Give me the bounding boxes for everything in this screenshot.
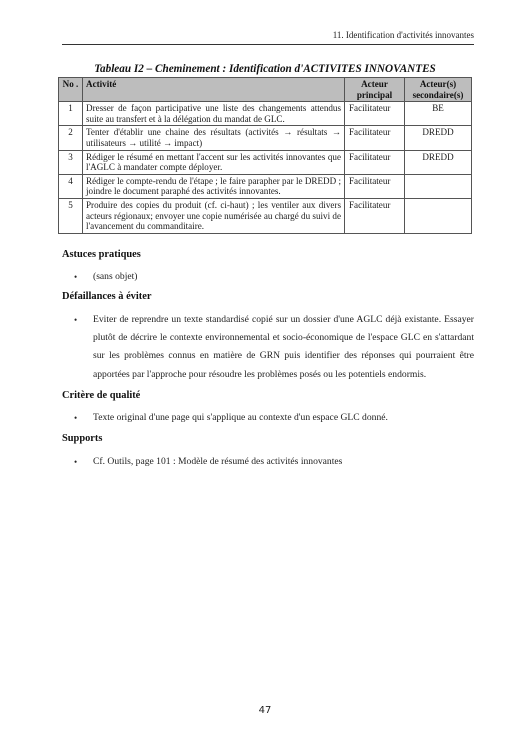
header-main-actor: Acteur principal xyxy=(345,78,405,102)
list-item: •Eviter de reprendre un texte standardis… xyxy=(62,311,474,384)
steps-table: No . Activité Acteur principal Acteur(s)… xyxy=(58,77,472,234)
table-row: 1Dresser de façon participative une list… xyxy=(59,102,472,126)
table-row: 3Rédiger le résumé en mettant l'accent s… xyxy=(59,150,472,174)
cell-main-actor: Facilitateur xyxy=(345,174,405,198)
cell-no: 3 xyxy=(59,150,83,174)
list-item-text: Texte original d'une page qui s'applique… xyxy=(93,412,388,423)
list-item-text: Cf. Outils, page 101 : Modèle de résumé … xyxy=(93,456,342,467)
bullet-list: •Eviter de reprendre un texte standardis… xyxy=(62,311,474,384)
header-secondary-actor: Acteur(s) secondaire(s) xyxy=(405,78,472,102)
bullet-icon: • xyxy=(74,409,77,427)
header-no: No . xyxy=(59,78,83,102)
cell-no: 2 xyxy=(59,126,83,150)
bullet-list: •Cf. Outils, page 101 : Modèle de résumé… xyxy=(62,453,474,471)
cell-activity: Dresser de façon participative une liste… xyxy=(83,102,345,126)
header-activity: Activité xyxy=(83,78,345,102)
running-header: 11. Identification d'activités innovante… xyxy=(62,30,474,45)
table-row: 5Produire des copies du produit (cf. ci-… xyxy=(59,198,472,233)
page-number: 47 xyxy=(0,705,530,716)
section-astuces: Astuces pratiques •(sans objet) xyxy=(62,249,474,286)
cell-secondary-actor: DREDD xyxy=(405,126,472,150)
list-item: •Texte original d'une page qui s'appliqu… xyxy=(62,409,474,427)
cell-activity: Tenter d'établir une chaine des résultat… xyxy=(83,126,345,150)
section-title: Défaillances à éviter xyxy=(62,291,474,302)
cell-secondary-actor xyxy=(405,174,472,198)
cell-activity: Produire des copies du produit (cf. ci-h… xyxy=(83,198,345,233)
bullet-icon: • xyxy=(74,453,77,471)
cell-activity: Rédiger le résumé en mettant l'accent su… xyxy=(83,150,345,174)
cell-main-actor: Facilitateur xyxy=(345,102,405,126)
table-header-row: No . Activité Acteur principal Acteur(s)… xyxy=(59,78,472,102)
cell-secondary-actor: DREDD xyxy=(405,150,472,174)
section-title: Supports xyxy=(62,433,474,444)
cell-no: 4 xyxy=(59,174,83,198)
list-item: •Cf. Outils, page 101 : Modèle de résumé… xyxy=(62,453,474,471)
cell-no: 1 xyxy=(59,102,83,126)
bullet-icon: • xyxy=(74,268,77,286)
section-critere: Critère de qualité •Texte original d'une… xyxy=(62,390,474,427)
bullet-icon: • xyxy=(74,311,77,329)
cell-secondary-actor xyxy=(405,198,472,233)
cell-main-actor: Facilitateur xyxy=(345,198,405,233)
list-item: •(sans objet) xyxy=(62,268,474,286)
cell-secondary-actor: BE xyxy=(405,102,472,126)
list-item-text: (sans objet) xyxy=(93,271,138,282)
bullet-list: •Texte original d'une page qui s'appliqu… xyxy=(62,409,474,427)
section-title: Astuces pratiques xyxy=(62,249,474,260)
table-row: 4Rédiger le compte-rendu de l'étape ; le… xyxy=(59,174,472,198)
section-supports: Supports •Cf. Outils, page 101 : Modèle … xyxy=(62,433,474,471)
cell-activity: Rédiger le compte-rendu de l'étape ; le … xyxy=(83,174,345,198)
bullet-list: •(sans objet) xyxy=(62,268,474,286)
section-title: Critère de qualité xyxy=(62,390,474,401)
table-row: 2Tenter d'établir une chaine des résulta… xyxy=(59,126,472,150)
section-defaillances: Défaillances à éviter •Eviter de reprend… xyxy=(62,291,474,384)
cell-main-actor: Facilitateur xyxy=(345,150,405,174)
list-item-text: Eviter de reprendre un texte standardisé… xyxy=(93,314,474,380)
cell-main-actor: Facilitateur xyxy=(345,126,405,150)
cell-no: 5 xyxy=(59,198,83,233)
table-caption: Tableau I2 – Cheminement : Identificatio… xyxy=(58,63,472,75)
